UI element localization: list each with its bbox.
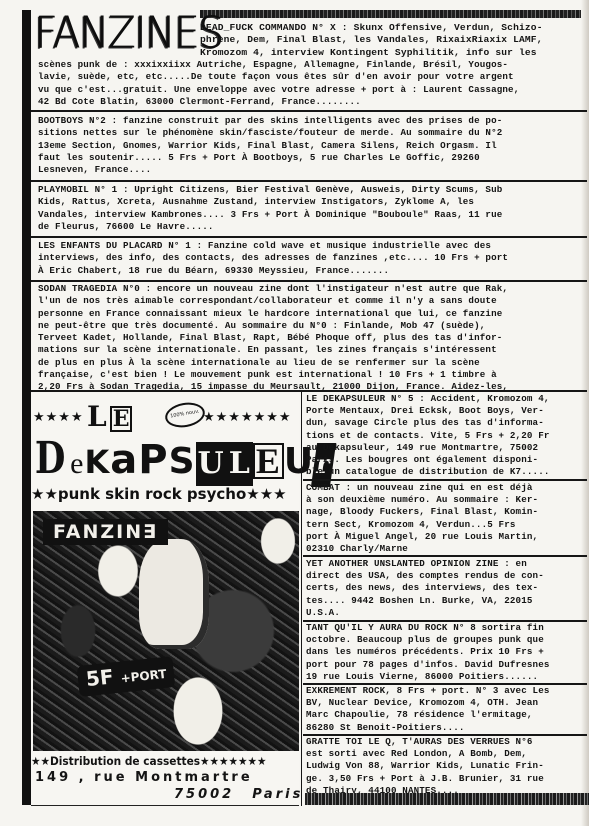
entry-line: de Fleurus, 76600 Le Havre..... [38, 221, 586, 233]
ad-name-letter: U [196, 442, 227, 486]
entry-line: LES ENFANTS DU PLACARD N° 1 : Fanzine co… [38, 240, 586, 252]
entry-le-dekapsuleur: LE DEKAPSULEUR N° 5 : Accident, Kromozom… [306, 393, 588, 478]
entry-line: port pour 78 pages d'infos. David Dufres… [306, 659, 588, 671]
entry-line: EXKREMENT ROCK, 8 Frs + port. N° 3 avec … [306, 685, 588, 697]
divider [31, 180, 587, 182]
entry-line: tes.... 9442 Boshen Ln. Burke, VA, 22015 [306, 595, 588, 607]
entry-line: BV, Nuclear Device, Kromozom 4, OTH. Jea… [306, 697, 588, 709]
entry-line: française, c'est bien ! Le mouvement pun… [38, 369, 586, 381]
entry-line: À Eric Chabert, 18 rue du Béarn, 69330 M… [38, 265, 586, 277]
ad-le-heading: LE [87, 402, 132, 432]
divider [303, 479, 587, 481]
entry-line: nage, Bloody Fuckers, Final Blast, Komin… [306, 506, 588, 518]
entry-line: tions et de contacts. Vite, 5 Frs + 2,20… [306, 430, 588, 442]
entry-line: dun, savage Circle plus des tas d'inform… [306, 417, 588, 429]
entry-line: 13eme Section, Gnomes, Warrior Kids, Fin… [38, 140, 586, 152]
entry-line: ne peut-être que très documenté. Au somm… [38, 320, 586, 332]
left-border-bar [22, 10, 31, 805]
entry-tant-quil-y-aura-du-rock: TANT QU'IL Y AURA DU ROCK N° 8 sortira f… [306, 622, 588, 683]
entry-line: est sorti avec Red London, A Bomb, Dem, [306, 748, 588, 760]
page-title: FANZINES [34, 6, 202, 61]
entry-line: Paris. Les bougres ont également disponi… [306, 454, 588, 466]
entry-line: BOOTBOYS N°2 : fanzine construit par des… [38, 115, 586, 127]
photo-raised-fist [139, 539, 209, 649]
ad-price-value: 5F [85, 664, 115, 691]
entry-line: phrène, Dem, Final Blast, les Vandales, … [200, 34, 585, 46]
entry-line: TANT QU'IL Y AURA DU ROCK N° 8 sortira f… [306, 622, 588, 634]
entry-combat: COMBAT : un nouveau zine qui en est déjà… [306, 482, 588, 555]
ad-address-city-line: 75002Paris [174, 787, 303, 802]
entry-line: Kids, Rattus, Xcreta, Ausnahme Zustand, … [38, 196, 586, 208]
entry-line: Kromozom 4, interview Kontingent Syphili… [200, 47, 585, 59]
entry-line: 86280 St Benoit-Poitiers.... [306, 722, 588, 734]
entry-exkrement-rock: EXKREMENT ROCK, 8 Frs + port. N° 3 avec … [306, 685, 588, 734]
ad-le-letter: L [87, 400, 107, 433]
ad-name-letter: D [35, 437, 66, 481]
bottom-halftone-strip [305, 793, 589, 805]
entry-line: port À Miguel Angel, 20 rue Louis Martin… [306, 531, 588, 543]
ad-price-tag: 5F +PORT [77, 656, 176, 697]
ad-price-suffix: +PORT [120, 667, 167, 686]
ad-stars-right: ★★★★★★★ [203, 411, 292, 425]
dekapsuleur-advertisement: ★★★★ LE 100% nouv. ★★★★★★★ DeKaPSULEUr ★… [31, 393, 299, 806]
entry-gratte-toi-le-q: GRATTE TOI LE Q, T'AURAS DES VERRUES N°6… [306, 736, 588, 797]
ad-city: Paris [252, 787, 303, 802]
entry-line: Terveet Kadet, Hollande, Final Blast, Ra… [38, 332, 586, 344]
entry-line: 19 rue Louis Vierne, 86000 Poitiers.....… [306, 671, 588, 683]
divider [31, 280, 587, 282]
entry-line: mations sur la scène internationale. En … [38, 344, 586, 356]
entry-line: faut les soutenir..... 5 Frs + Port À Bo… [38, 152, 586, 164]
ad-zine-name: DeKaPSULEUr [31, 437, 299, 481]
entry-bootboys: BOOTBOYS N°2 : fanzine construit par des… [38, 115, 586, 176]
fanzine-page: FANZINES DEAD_FUCK COMMANDO N° X : Skunx… [0, 0, 589, 826]
entry-line: Lesneven, France.... [38, 164, 586, 176]
divider [303, 555, 587, 557]
entry-line: dans les numéros précédents. Prix 10 Frs… [306, 646, 588, 658]
entry-line: direct des USA, des comptes rendus de co… [306, 570, 588, 582]
entry-line: tern Sect, Kromozom 4, Verdun...5 Frs [306, 519, 588, 531]
entry-line: Porte Mentaux, Drei Ecksk, Boot Boys, Ve… [306, 405, 588, 417]
ad-fanzine-label: FANZIN∃ [43, 519, 168, 545]
entry-line: au Dekapsuleur, 149 rue Montmartre, 7500… [306, 442, 588, 454]
entry-line: personne en France connaissant mieux le … [38, 308, 586, 320]
entry-line: 02310 Charly/Marne [306, 543, 588, 555]
ad-name-letter: E [253, 443, 284, 479]
entry-line: Ludwig Von 88, Warrior Kids, Lunatic Fri… [306, 760, 588, 772]
entry-line: ble un catalogue de distribution de K7..… [306, 466, 588, 478]
entry-line: de plus en plus À la scène international… [38, 357, 586, 369]
entry-line: vu que c'est...gratuit. Une enveloppe av… [38, 84, 586, 96]
entry-sodan-tragedia: SODAN TRAGEDIA N°0 : encore un nouveau z… [38, 283, 586, 406]
ad-postcode: 75002 [174, 787, 234, 802]
entry-line: 42 Bd Cote Blatin, 63000 Clermont-Ferran… [38, 96, 586, 108]
ad-le-boxed-letter: E [110, 406, 133, 432]
ad-collage-photo: FANZIN∃ 5F +PORT [33, 511, 299, 751]
entry-line: Vandales, interview Kambrones.... 3 Frs … [38, 209, 586, 221]
top-halftone-strip [200, 10, 585, 18]
ad-name-letter: L [227, 442, 253, 486]
ad-name-letter: S [169, 440, 196, 484]
ad-stars-left: ★★★★ [33, 411, 84, 425]
ad-tagline: ★★punk skin rock psycho★★★ [31, 486, 287, 502]
ad-badge-icon: 100% nouv. [163, 400, 207, 431]
divider [31, 236, 587, 238]
entry-line: ge. 3,50 Frs + Port à J.B. Brunier, 31 r… [306, 773, 588, 785]
divider [31, 390, 587, 392]
entry-les-enfants-du-placard: LES ENFANTS DU PLACARD N° 1 : Fanzine co… [38, 240, 586, 277]
entry-line: interviews, des info, des contacts, des … [38, 252, 586, 264]
entry-line: lavie, suède, etc, etc.....De toute faço… [38, 71, 586, 83]
entry-line: PLAYMOBIL N° 1 : Upright Citizens, Bier … [38, 184, 586, 196]
ad-name-letter: K [84, 440, 110, 484]
ad-name-letter: e [70, 442, 84, 486]
entry-line: COMBAT : un nouveau zine qui en est déjà [306, 482, 588, 494]
entry-line: U.S.A. [306, 607, 588, 619]
entry-line: YET ANOTHER UNSLANTED OPINION ZINE : en [306, 558, 588, 570]
entry-line: l'un de nos très aimable correspondant/c… [38, 295, 586, 307]
entry-line: certs, des news, des interviews, des tex… [306, 582, 588, 594]
ad-name-letter: P [138, 438, 168, 482]
entry-line: octobre. Beaucoup plus de groupes punk q… [306, 634, 588, 646]
entry-line: SODAN TRAGEDIA N°0 : encore un nouveau z… [38, 283, 586, 295]
ad-distribution-line: ★★Distribution de cassettes★★★★★★★ [31, 754, 266, 768]
entry-line: GRATTE TOI LE Q, T'AURAS DES VERRUES N°6 [306, 736, 588, 748]
divider [31, 110, 587, 112]
entry-line: à son deuxième numéro. Au sommaire : Ker… [306, 494, 588, 506]
entry-line: Marc Chapoulie, 78 résidence l'ermitage, [306, 709, 588, 721]
ad-name-letter: a [110, 438, 138, 482]
entry-playmobil: PLAYMOBIL N° 1 : Upright Citizens, Bier … [38, 184, 586, 233]
entry-line: DEAD_FUCK COMMANDO N° X : Skunx Offensiv… [200, 22, 585, 34]
entry-yet-another-unslanted-opinion-zine: YET ANOTHER UNSLANTED OPINION ZINE : en … [306, 558, 588, 619]
column-divider [301, 392, 302, 806]
ad-address-street: 149 , rue Montmartre [35, 770, 253, 785]
entry-line: scènes punk de : xxxixxiixx Autriche, Es… [38, 59, 586, 71]
entry-line: sitions nettes sur le phénomène skin/fas… [38, 127, 586, 139]
entry-dead-fuck-commando-cont: scènes punk de : xxxixxiixx Autriche, Es… [38, 59, 586, 108]
entry-line: LE DEKAPSULEUR N° 5 : Accident, Kromozom… [306, 393, 588, 405]
entry-dead-fuck-commando: DEAD_FUCK COMMANDO N° X : Skunx Offensiv… [200, 22, 585, 59]
